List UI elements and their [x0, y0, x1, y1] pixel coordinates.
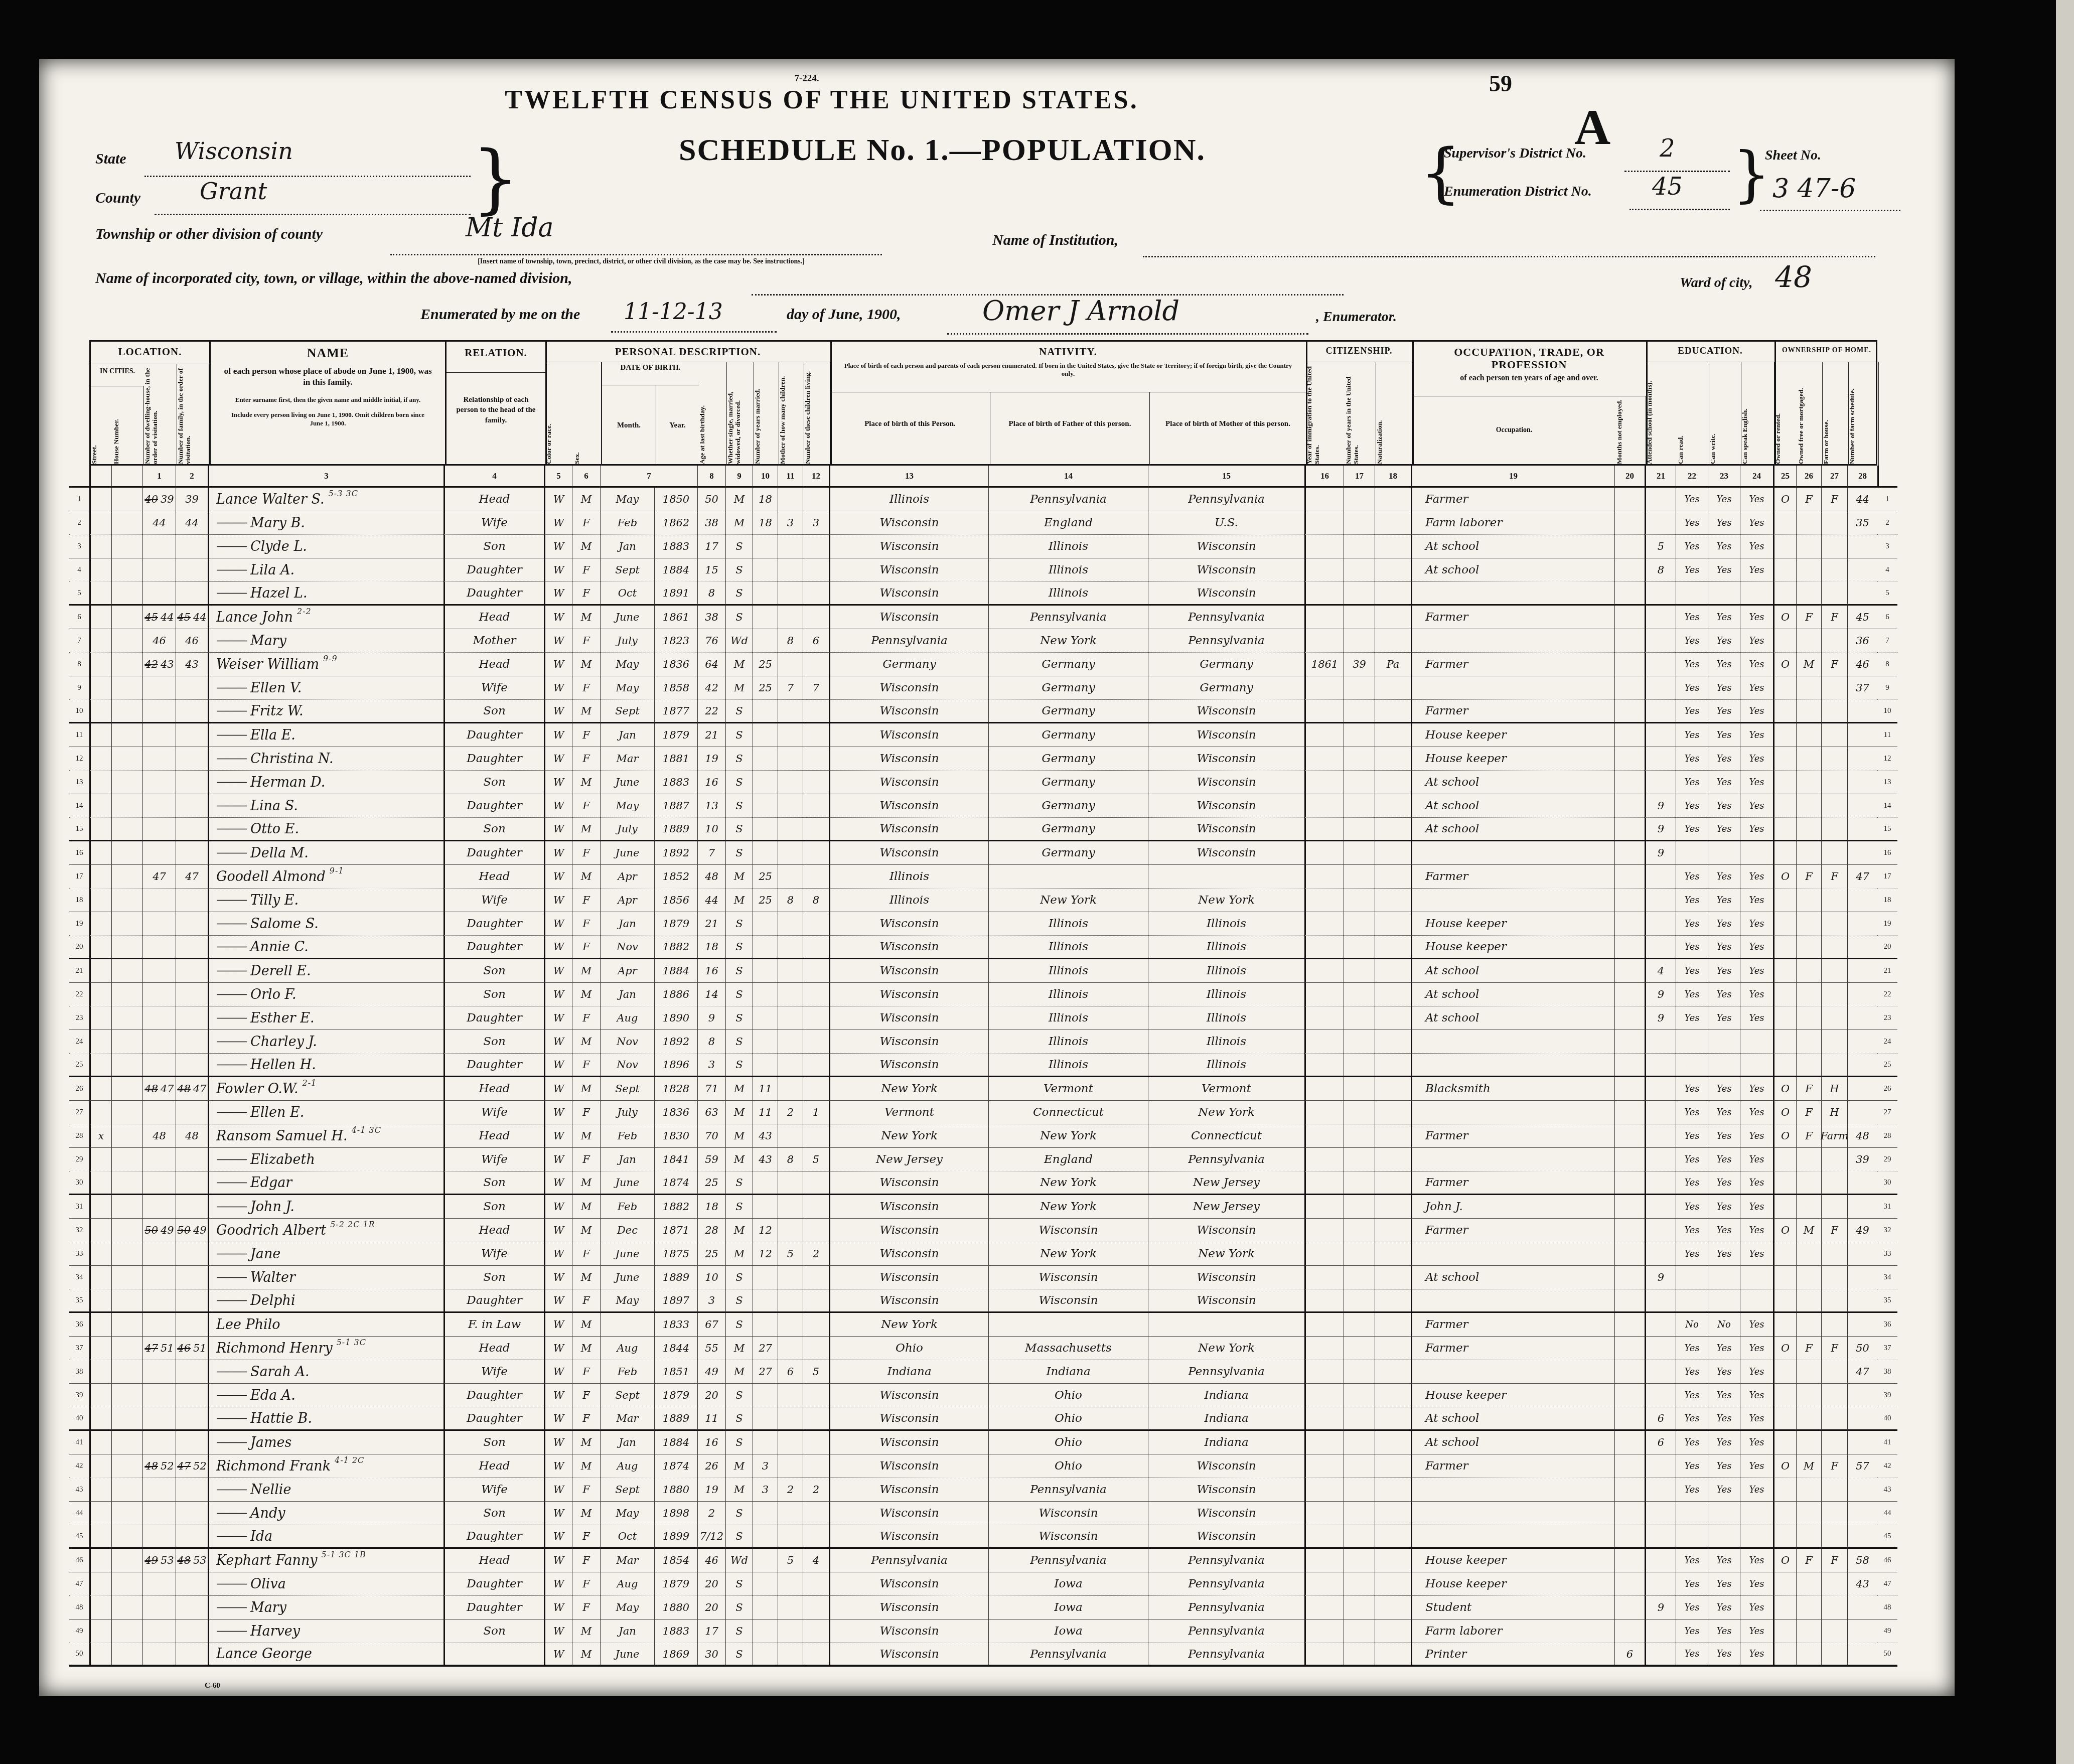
cell-rd: Yes	[1676, 983, 1708, 1006]
cell-im	[1304, 629, 1344, 653]
cell-ym	[753, 1549, 778, 1572]
col-read-label: Can read.	[1677, 362, 1709, 467]
cell-bm: Jan	[600, 1431, 654, 1454]
cell-pb: Wisconsin	[829, 535, 988, 558]
cell-f	[176, 1054, 208, 1077]
cell-rel: Daughter	[443, 794, 544, 818]
col-months-not-label: Months not employed.	[1616, 396, 1646, 467]
person-name: John J.	[250, 1199, 294, 1215]
col-english-label: Can speak English.	[1741, 362, 1774, 467]
cell-yu	[1344, 1337, 1375, 1360]
cell-fm	[1796, 818, 1821, 841]
cell-f: 47	[176, 865, 208, 889]
cell-age: 19	[697, 1478, 725, 1502]
cell-c: W	[544, 1242, 572, 1266]
cell-hn	[111, 841, 142, 865]
cell-f	[176, 889, 208, 912]
nativity-title: NATIVITY.	[830, 346, 1306, 358]
cell-f	[176, 794, 208, 818]
cell-nat	[1375, 1195, 1411, 1219]
cell-pm: Wisconsin	[1148, 1502, 1304, 1525]
enumeration-label: Enumeration District No.	[1444, 184, 1592, 200]
cell-pb: Wisconsin	[829, 959, 988, 983]
cell-by: 1880	[654, 1596, 697, 1620]
cell-bm: Feb	[600, 1360, 654, 1384]
cell-wr: Yes	[1708, 1171, 1740, 1195]
cell-cl	[803, 983, 829, 1006]
cell-ym: 3	[753, 1454, 778, 1478]
cell-name: ———Charley J.	[208, 1030, 443, 1054]
cell-mo	[1614, 1407, 1645, 1431]
cell-occ: House keeper	[1411, 1572, 1614, 1596]
cell-f	[176, 700, 208, 723]
cell-m: S	[725, 700, 753, 723]
name-group: NAME of each person whose place of abode…	[209, 342, 445, 467]
cell-cb: 2	[778, 1478, 803, 1502]
cell-rd: Yes	[1676, 771, 1708, 794]
cell-s: M	[572, 1266, 600, 1289]
cell-s: M	[572, 1171, 600, 1195]
cell-bm: July	[600, 818, 654, 841]
cell-m: S	[725, 1384, 753, 1407]
tally-annotation: 2-1	[302, 1078, 317, 1088]
cell-rn: 50	[1877, 1643, 1897, 1667]
township-line	[390, 254, 882, 255]
cell-pb: Wisconsin	[829, 1006, 988, 1030]
cell-cl	[803, 1502, 829, 1525]
cell-fs: 48	[1847, 1124, 1877, 1148]
cell-ow	[1773, 1431, 1796, 1454]
cell-st	[89, 1620, 111, 1643]
cell-pb: Wisconsin	[829, 1171, 988, 1195]
cell-by: 1850	[654, 488, 697, 511]
cell-wr: Yes	[1708, 865, 1740, 889]
cell-cl	[803, 1006, 829, 1030]
cell-name: ———Nellie	[208, 1478, 443, 1502]
cell-wr: Yes	[1708, 1148, 1740, 1171]
cell-wr: Yes	[1708, 1384, 1740, 1407]
cell-ym: 43	[753, 1148, 778, 1171]
cell-c: W	[544, 1313, 572, 1337]
cell-occ	[1411, 676, 1614, 700]
cell-wr: Yes	[1708, 1006, 1740, 1030]
cell-im	[1304, 818, 1344, 841]
cell-rel: Daughter	[443, 723, 544, 747]
cell-d	[142, 1101, 176, 1124]
cell-rel: Son	[443, 983, 544, 1006]
township-label: Township or other division of county	[95, 226, 323, 243]
cell-ow	[1773, 1572, 1796, 1596]
cell-st	[89, 1242, 111, 1266]
cell-fh	[1821, 983, 1847, 1006]
cell-age: 8	[697, 1030, 725, 1054]
cell-pm: U.S.	[1148, 511, 1304, 535]
cell-name: ———Hazel L.	[208, 582, 443, 606]
table-header: LOCATION. IN CITIES. Street. House Numbe…	[89, 340, 1877, 466]
cell-c: W	[544, 1148, 572, 1171]
cell-im	[1304, 794, 1344, 818]
cell-f	[176, 1148, 208, 1171]
cell-m: M	[725, 488, 753, 511]
cell-bm: Aug	[600, 1454, 654, 1478]
cell-age: 20	[697, 1572, 725, 1596]
cell-mo	[1614, 1124, 1645, 1148]
cell-occ: At school	[1411, 535, 1614, 558]
cell-rn: 2	[1877, 511, 1897, 535]
cell-cl: 5	[803, 1360, 829, 1384]
cell-im	[1304, 983, 1344, 1006]
cell-nat	[1375, 912, 1411, 936]
cell-fs	[1847, 1643, 1877, 1667]
cell-name: ———Hellen H.	[208, 1054, 443, 1077]
cell-pb: New York	[829, 1124, 988, 1148]
cell-occ: Farm laborer	[1411, 511, 1614, 535]
cell-by: 1879	[654, 1384, 697, 1407]
cell-m: S	[725, 983, 753, 1006]
cell-bm: Mar	[600, 747, 654, 771]
cell-pb: Wisconsin	[829, 912, 988, 936]
cell-hn	[111, 747, 142, 771]
enumerated-suffix: , Enumerator.	[1316, 309, 1397, 325]
cell-cl	[803, 1195, 829, 1219]
cell-f	[176, 983, 208, 1006]
cell-cb	[778, 1219, 803, 1242]
cell-cl	[803, 1572, 829, 1596]
cell-fh	[1821, 959, 1847, 983]
ditto-mark: ———	[216, 540, 246, 553]
cell-ym	[753, 606, 778, 629]
cell-occ: John J.	[1411, 1195, 1614, 1219]
colnum-cl: 12	[803, 466, 829, 488]
cell-ow	[1773, 1242, 1796, 1266]
cell-pm: Pennsylvania	[1148, 1572, 1304, 1596]
cell-occ: Farmer	[1411, 1124, 1614, 1148]
cell-ln: 30	[69, 1171, 89, 1195]
cell-fh	[1821, 1054, 1847, 1077]
cell-mo	[1614, 629, 1645, 653]
cell-rd: Yes	[1676, 912, 1708, 936]
cell-pf: Vermont	[988, 1077, 1148, 1101]
colnum-m: 9	[725, 466, 753, 488]
cell-yu	[1344, 818, 1375, 841]
cell-im	[1304, 1195, 1344, 1219]
cell-rel: Wife	[443, 1478, 544, 1502]
cell-cb	[778, 1502, 803, 1525]
corrected-number: 42	[144, 658, 158, 670]
cell-wr	[1708, 1030, 1740, 1054]
corrected-number: 46	[177, 1342, 191, 1354]
cell-rn: 23	[1877, 1006, 1897, 1030]
cell-s: M	[572, 818, 600, 841]
cell-m: M	[725, 1219, 753, 1242]
cell-rel: Head	[443, 488, 544, 511]
cell-pm: Indiana	[1148, 1431, 1304, 1454]
cell-bm: May	[600, 653, 654, 676]
ditto-mark: ———	[216, 894, 246, 907]
cell-c: W	[544, 841, 572, 865]
cell-age: 10	[697, 818, 725, 841]
cell-bm: Apr	[600, 959, 654, 983]
cell-wr	[1708, 841, 1740, 865]
cell-rd: No	[1676, 1313, 1708, 1337]
cell-d	[142, 1572, 176, 1596]
cell-ow: O	[1773, 1219, 1796, 1242]
cell-cb	[778, 747, 803, 771]
cell-cb	[778, 582, 803, 606]
cell-yu	[1344, 1502, 1375, 1525]
cell-ym	[753, 535, 778, 558]
cell-cb	[778, 1266, 803, 1289]
cell-cb	[778, 841, 803, 865]
cell-fm	[1796, 794, 1821, 818]
cell-m: S	[725, 771, 753, 794]
cell-pb: Wisconsin	[829, 1431, 988, 1454]
cell-s: F	[572, 1407, 600, 1431]
col-immigration-label: Year of immigration to the United States…	[1306, 362, 1345, 467]
cell-nat	[1375, 1266, 1411, 1289]
cell-yu	[1344, 1549, 1375, 1572]
ditto-mark: ———	[216, 1012, 246, 1024]
cell-f	[176, 1431, 208, 1454]
cell-yu	[1344, 1124, 1375, 1148]
cell-en: Yes	[1740, 1620, 1773, 1643]
cell-mo	[1614, 865, 1645, 889]
cell-fs	[1847, 1242, 1877, 1266]
cell-pf: Ohio	[988, 1384, 1148, 1407]
cell-m: S	[725, 1525, 753, 1549]
cell-bm: May	[600, 794, 654, 818]
cell-im	[1304, 1572, 1344, 1596]
cell-pf: Iowa	[988, 1572, 1148, 1596]
cell-fs	[1847, 1431, 1877, 1454]
person-name: Oliva	[250, 1576, 286, 1592]
cell-m: M	[725, 1148, 753, 1171]
cell-c: W	[544, 771, 572, 794]
cell-pf: Germany	[988, 747, 1148, 771]
cell-occ: At school	[1411, 1407, 1614, 1431]
col-dwelling-label: Number of dwelling-house, in the order o…	[144, 364, 177, 467]
cell-occ: At school	[1411, 771, 1614, 794]
cell-sc: 9	[1645, 983, 1676, 1006]
cell-mo	[1614, 1313, 1645, 1337]
cell-im	[1304, 1384, 1344, 1407]
cell-age: 44	[697, 889, 725, 912]
cell-cb: 8	[778, 629, 803, 653]
cell-pf: Illinois	[988, 535, 1148, 558]
cell-im	[1304, 1643, 1344, 1667]
cell-fh: H	[1821, 1101, 1847, 1124]
cell-s: F	[572, 1289, 600, 1313]
in-cities-label: IN CITIES.	[91, 368, 144, 376]
cell-rn: 34	[1877, 1266, 1897, 1289]
cell-name: ———John J.	[208, 1195, 443, 1219]
cell-fs	[1847, 1502, 1877, 1525]
cell-age: 9	[697, 1006, 725, 1030]
cell-rn: 46	[1877, 1549, 1897, 1572]
cell-im	[1304, 1006, 1344, 1030]
cell-ym: 12	[753, 1219, 778, 1242]
cell-age: 20	[697, 1596, 725, 1620]
cell-sc	[1645, 1148, 1676, 1171]
cell-yu	[1344, 959, 1375, 983]
cell-bm: June	[600, 1242, 654, 1266]
cell-sc: 9	[1645, 1266, 1676, 1289]
cell-ow	[1773, 1148, 1796, 1171]
cell-pf: Illinois	[988, 1054, 1148, 1077]
cell-bm: Jan	[600, 535, 654, 558]
cell-d	[142, 841, 176, 865]
cell-wr	[1708, 582, 1740, 606]
cell-fs	[1847, 912, 1877, 936]
cell-en	[1740, 1289, 1773, 1313]
cell-ym	[753, 1266, 778, 1289]
cell-bm: Aug	[600, 1006, 654, 1030]
ditto-mark: ———	[216, 587, 246, 600]
cell-sc	[1645, 723, 1676, 747]
cell-im	[1304, 1431, 1344, 1454]
cell-cb	[778, 1030, 803, 1054]
cell-d	[142, 676, 176, 700]
cell-mo	[1614, 1549, 1645, 1572]
cell-ln: 48	[69, 1596, 89, 1620]
cell-hn	[111, 1643, 142, 1667]
name-note2: Include every person living on June 1, 1…	[226, 411, 430, 427]
person-name: Lance John	[216, 610, 293, 625]
cell-ln: 32	[69, 1219, 89, 1242]
ditto-mark: ———	[216, 1484, 246, 1496]
cell-pm: Wisconsin	[1148, 582, 1304, 606]
cell-pf: Germany	[988, 794, 1148, 818]
cell-pb: Wisconsin	[829, 700, 988, 723]
cell-name: ———Elizabeth	[208, 1148, 443, 1171]
cell-wr	[1708, 1502, 1740, 1525]
cell-s: F	[572, 1384, 600, 1407]
cell-by: 1823	[654, 629, 697, 653]
cell-s: F	[572, 1054, 600, 1077]
ditto-mark: ———	[216, 1507, 246, 1520]
cell-name: ———Fritz W.	[208, 700, 443, 723]
cell-fm	[1796, 1054, 1821, 1077]
cell-d: 4852	[142, 1454, 176, 1478]
cell-wr: Yes	[1708, 606, 1740, 629]
cell-fs: 49	[1847, 1219, 1877, 1242]
cell-age: 15	[697, 558, 725, 582]
cell-f	[176, 1596, 208, 1620]
cell-ym	[753, 912, 778, 936]
cell-fs	[1847, 1101, 1877, 1124]
cell-fs	[1847, 818, 1877, 841]
cell-by: 1892	[654, 1030, 697, 1054]
cell-wr: Yes	[1708, 1431, 1740, 1454]
sheet-line	[1760, 210, 1900, 211]
cell-s: F	[572, 1006, 600, 1030]
cell-ym	[753, 983, 778, 1006]
cell-cl	[803, 1077, 829, 1101]
cell-nat	[1375, 1596, 1411, 1620]
cell-rel: Wife	[443, 889, 544, 912]
cell-rd: Yes	[1676, 1549, 1708, 1572]
cell-fm	[1796, 1431, 1821, 1454]
col-owned-label: Owned or rented.	[1774, 362, 1798, 467]
cell-name: ———Derell E.	[208, 959, 443, 983]
bottom-form-code: C-60	[205, 1682, 220, 1690]
cell-ow: O	[1773, 1101, 1796, 1124]
cell-pm: Wisconsin	[1148, 841, 1304, 865]
cell-im	[1304, 1313, 1344, 1337]
cell-occ: At school	[1411, 983, 1614, 1006]
cell-im	[1304, 959, 1344, 983]
cell-by: 1889	[654, 1266, 697, 1289]
cell-rel: Son	[443, 1030, 544, 1054]
cell-mo	[1614, 983, 1645, 1006]
cell-m: M	[725, 1124, 753, 1148]
cell-name: Goodrich Albert5-2 2C 1R	[208, 1219, 443, 1242]
cell-occ: Farmer	[1411, 1171, 1614, 1195]
cell-mo: 6	[1614, 1643, 1645, 1667]
cell-name: ———Salome S.	[208, 912, 443, 936]
cell-rd: Yes	[1676, 1478, 1708, 1502]
cell-st: x	[89, 1124, 111, 1148]
cell-c: W	[544, 1101, 572, 1124]
person-name: Ellen V.	[250, 680, 302, 696]
cell-ym: 11	[753, 1101, 778, 1124]
cell-ow	[1773, 1596, 1796, 1620]
cell-cb	[778, 488, 803, 511]
cell-mo	[1614, 794, 1645, 818]
col-children-living-label: Number of these children living.	[804, 362, 830, 467]
relation-title: RELATION.	[447, 347, 545, 359]
cell-by: 1879	[654, 1572, 697, 1596]
cell-rd: Yes	[1676, 558, 1708, 582]
cell-cb	[778, 983, 803, 1006]
cell-rn: 45	[1877, 1525, 1897, 1549]
cell-f: 4847	[176, 1077, 208, 1101]
cell-im	[1304, 582, 1344, 606]
ditto-mark: ———	[216, 941, 246, 953]
cell-wr: Yes	[1708, 1407, 1740, 1431]
cell-ym	[753, 1572, 778, 1596]
cell-st	[89, 653, 111, 676]
cell-yu	[1344, 629, 1375, 653]
cell-st	[89, 1077, 111, 1101]
col-sex-label: Sex.	[573, 362, 602, 467]
cell-by: 1889	[654, 1407, 697, 1431]
cell-fm	[1796, 747, 1821, 771]
cell-hn	[111, 865, 142, 889]
cell-s: F	[572, 1572, 600, 1596]
ditto-mark: ———	[216, 705, 246, 717]
cell-name: ———Oliva	[208, 1572, 443, 1596]
cell-cb	[778, 1431, 803, 1454]
cell-m: S	[725, 1030, 753, 1054]
cell-fm	[1796, 535, 1821, 558]
cell-hn	[111, 1289, 142, 1313]
cell-yu	[1344, 1384, 1375, 1407]
cell-wr: Yes	[1708, 488, 1740, 511]
person-name: Derell E.	[250, 963, 311, 979]
cell-en: Yes	[1740, 1431, 1773, 1454]
cell-wr: Yes	[1708, 1549, 1740, 1572]
citizenship-title: CITIZENSHIP.	[1306, 346, 1412, 356]
cell-ow	[1773, 676, 1796, 700]
ditto-mark: ———	[216, 1106, 246, 1119]
cell-sc	[1645, 1572, 1676, 1596]
cell-pm: Wisconsin	[1148, 723, 1304, 747]
cell-fm	[1796, 1643, 1821, 1667]
cell-yu	[1344, 771, 1375, 794]
cell-ow: O	[1773, 488, 1796, 511]
enumerated-dates-line	[611, 331, 777, 333]
